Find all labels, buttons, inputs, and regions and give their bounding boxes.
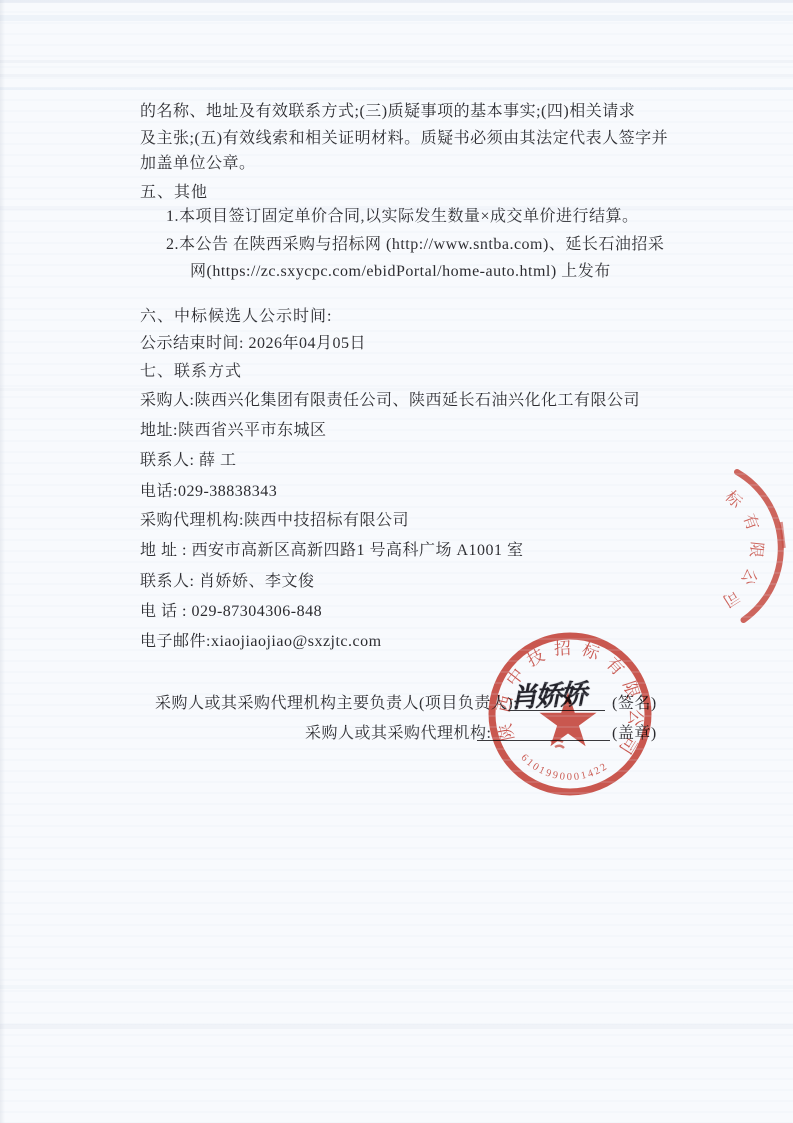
scan-artifact [0, 0, 793, 3]
partial-seal-arc [737, 472, 781, 620]
purchaser-phone-line: 电话:029-38838343 [140, 481, 277, 503]
sign-hint-label: (签名) [612, 693, 657, 715]
doc-line: 及主张;(五)有效线索和相关证明材料。质疑书必须由其法定代表人签字并 [140, 128, 668, 150]
partial-seal-stamp: 标有限公司 [711, 472, 784, 620]
agency-seal-label: 采购人或其采购代理机构: [305, 723, 491, 745]
purchaser-contact-line: 联系人: 薛 工 [140, 450, 236, 472]
scanned-document-page: 的名称、地址及有效联系方式;(三)质疑事项的基本事实;(四)相关请求 及主张;(… [0, 0, 793, 1123]
purchaser-line: 采购人:陕西兴化集团有限责任公司、陕西延长石油兴化化工有限公司 [140, 390, 640, 412]
seal-serial-number: 6101990001422 [519, 752, 611, 783]
scan-artifact [0, 60, 793, 63]
scan-artifact [0, 1024, 793, 1029]
doc-line: 1.本项目签订固定单价合同,以实际发生数量×成交单价进行结算。 [166, 206, 639, 228]
partial-seal-text: 标有限公司 [711, 487, 766, 615]
agency-phone-line: 电 话 : 029-87304306-848 [140, 601, 322, 623]
responsible-person-label: 采购人或其采购代理机构主要负责人(项目负责人): [155, 693, 518, 715]
doc-line: 加盖单位公章。 [140, 153, 256, 175]
scan-artifact [0, 0, 5, 1123]
doc-line: 的名称、地址及有效联系方式;(三)质疑事项的基本事实;(四)相关请求 [140, 101, 635, 123]
scan-artifact [0, 74, 793, 77]
agency-email-line: 电子邮件:xiaojiaojiao@sxzjtc.com [140, 631, 382, 653]
doc-line: 2.本公告 在陕西采购与招标网 (http://www.sntba.com)、延… [166, 234, 664, 256]
scan-artifact [0, 985, 793, 989]
scan-artifact [0, 15, 793, 21]
section-heading-announcement-time: 六、中标候选人公示时间: [140, 306, 332, 328]
section-heading-other: 五、其他 [140, 182, 208, 204]
handwritten-signature: 肖娇娇 [509, 672, 586, 715]
seal-line [477, 740, 610, 741]
agency-address-line: 地 址 : 西安市高新区高新四路1 号高科广场 A1001 室 [140, 540, 524, 562]
doc-line: 网(https://zc.sxycpc.com/ebidPortal/home-… [190, 261, 611, 283]
agency-line: 采购代理机构:陕西中技招标有限公司 [140, 510, 409, 532]
section-heading-contact: 七、联系方式 [140, 361, 242, 383]
seal-hint-label: (盖章) [612, 723, 657, 745]
partial-seal-mark [781, 522, 784, 548]
purchaser-address-line: 地址:陕西省兴平市东城区 [140, 420, 326, 442]
announcement-end-time: 公示结束时间: 2026年04月05日 [140, 333, 366, 355]
agency-contact-line: 联系人: 肖娇娇、李文俊 [140, 571, 314, 593]
seal-small-mark [551, 740, 564, 748]
scan-artifact [0, 87, 793, 90]
